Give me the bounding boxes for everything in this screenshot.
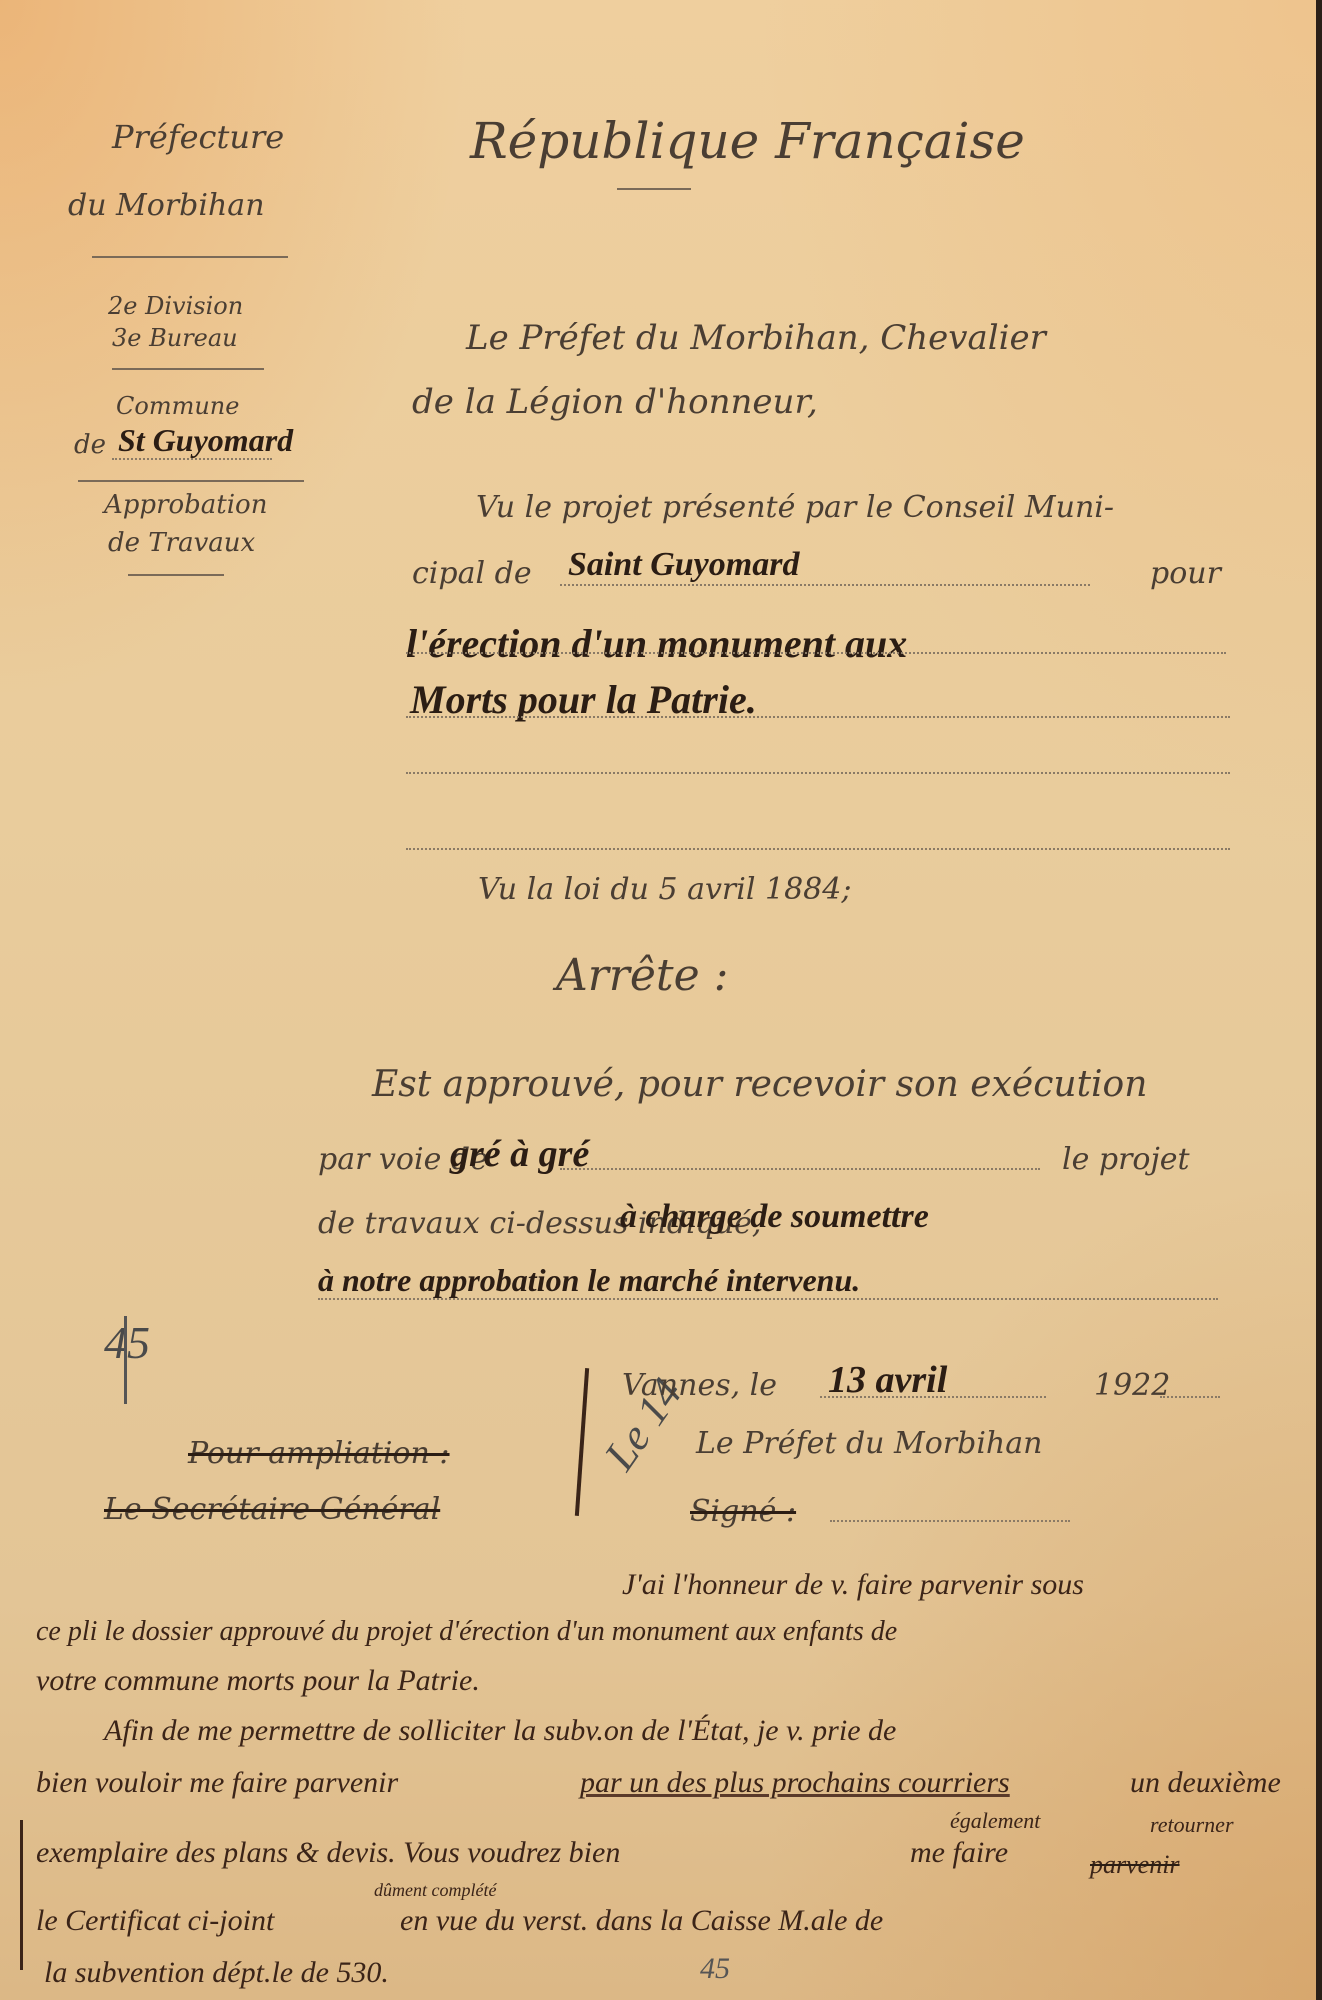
secretary-label: Le Secrétaire Général <box>104 1492 440 1527</box>
title-underline <box>617 188 691 190</box>
document-page: Préfecture du Morbihan 2e Division 3e Bu… <box>0 0 1322 2000</box>
arrete-heading: Arrête : <box>556 950 728 1001</box>
vu-projet-pour: pour <box>1150 556 1221 591</box>
fill-line <box>318 1298 1218 1300</box>
letter-line: Afin de me permettre de solliciter la su… <box>104 1714 896 1748</box>
letter-line7-a: le Certificat ci-joint <box>36 1904 274 1938</box>
fill-line <box>560 584 1090 586</box>
fill-line <box>406 716 1230 718</box>
letter-initials: 45 <box>700 1952 730 1986</box>
office-line1: Préfecture <box>112 118 284 156</box>
commune-filled: Saint Guyomard <box>568 546 799 584</box>
folio-number: 45 <box>104 1316 150 1369</box>
letter-line6-c: retourner <box>1150 1812 1234 1838</box>
bureau-label: 3e Bureau <box>112 324 238 352</box>
approval-line3-hand: à charge de soumettre <box>620 1198 929 1236</box>
letter-line5-b: par un des plus prochains courriers <box>580 1766 1010 1800</box>
letter-line5-c: un deuxième <box>1130 1766 1281 1800</box>
divider <box>112 368 264 370</box>
subject-line2: de Travaux <box>108 528 255 558</box>
ampliation-label: Pour ampliation : <box>188 1436 450 1471</box>
letter-line: J'ai l'honneur de v. faire parvenir sous <box>622 1568 1084 1602</box>
fill-line <box>1160 1396 1220 1398</box>
vu-loi: Vu la loi du 5 avril 1884; <box>478 872 851 907</box>
fill-line <box>820 1396 1046 1398</box>
commune-name: St Guyomard <box>118 422 293 459</box>
commune-label: Commune <box>116 392 239 420</box>
fill-line <box>406 848 1230 850</box>
letter-line5-a: bien vouloir me faire parvenir <box>36 1766 398 1800</box>
vu-projet-line1: Vu le projet présenté par le Conseil Mun… <box>476 490 1114 525</box>
fill-line <box>560 1168 1040 1170</box>
letter-line: ce pli le dossier approuvé du projet d'é… <box>36 1616 897 1648</box>
divider <box>78 480 304 482</box>
fill-line <box>112 458 272 460</box>
folio-mark <box>124 1316 127 1404</box>
division-label: 2e Division <box>108 292 243 320</box>
page-title: République Française <box>470 112 1025 170</box>
fill-line <box>406 772 1230 774</box>
signature-place: Vannes, le <box>622 1368 777 1403</box>
commune-prefix: de <box>74 430 106 460</box>
letter-line7-insert: dûment complété <box>374 1880 496 1901</box>
project-line1: l'érection d'un monument aux <box>406 620 907 667</box>
letter-line7-b: en vue du verst. dans la Caisse M.ale de <box>400 1904 883 1938</box>
letter-line8: la subvention dépt.le de 530. <box>44 1956 389 1990</box>
office-line2: du Morbihan <box>68 188 265 223</box>
approval-suffix: le projet <box>1062 1142 1190 1177</box>
prefect-line1: Le Préfet du Morbihan, Chevalier <box>466 318 1046 358</box>
margin-bracket <box>20 1820 23 1970</box>
bracket-mark <box>575 1368 589 1516</box>
letter-line6-b: me faire <box>910 1836 1008 1870</box>
signature-year: 1922 <box>1094 1368 1170 1403</box>
letter-line: votre commune morts pour la Patrie. <box>36 1664 480 1698</box>
divider <box>128 574 224 576</box>
approval-line4-hand: à notre approbation le marché intervenu. <box>318 1262 860 1299</box>
approval-line1: Est approuvé, pour recevoir son exécutio… <box>372 1064 1147 1105</box>
letter-line6-a: exemplaire des plans & devis. Vous voudr… <box>36 1836 620 1870</box>
divider <box>92 256 288 258</box>
fill-line <box>406 652 1226 654</box>
letter-line6-insert: également <box>950 1808 1040 1834</box>
letter-line6-strike: parvenir <box>1090 1850 1180 1880</box>
page-edge-shadow <box>1316 0 1322 2000</box>
signe-label: Signé : <box>690 1494 796 1529</box>
subject-line1: Approbation <box>104 490 267 520</box>
signature-signer: Le Préfet du Morbihan <box>696 1426 1042 1461</box>
fill-line <box>830 1520 1070 1522</box>
prefect-line2: de la Légion d'honneur, <box>412 382 818 422</box>
vu-projet-prefix: cipal de <box>412 556 532 591</box>
